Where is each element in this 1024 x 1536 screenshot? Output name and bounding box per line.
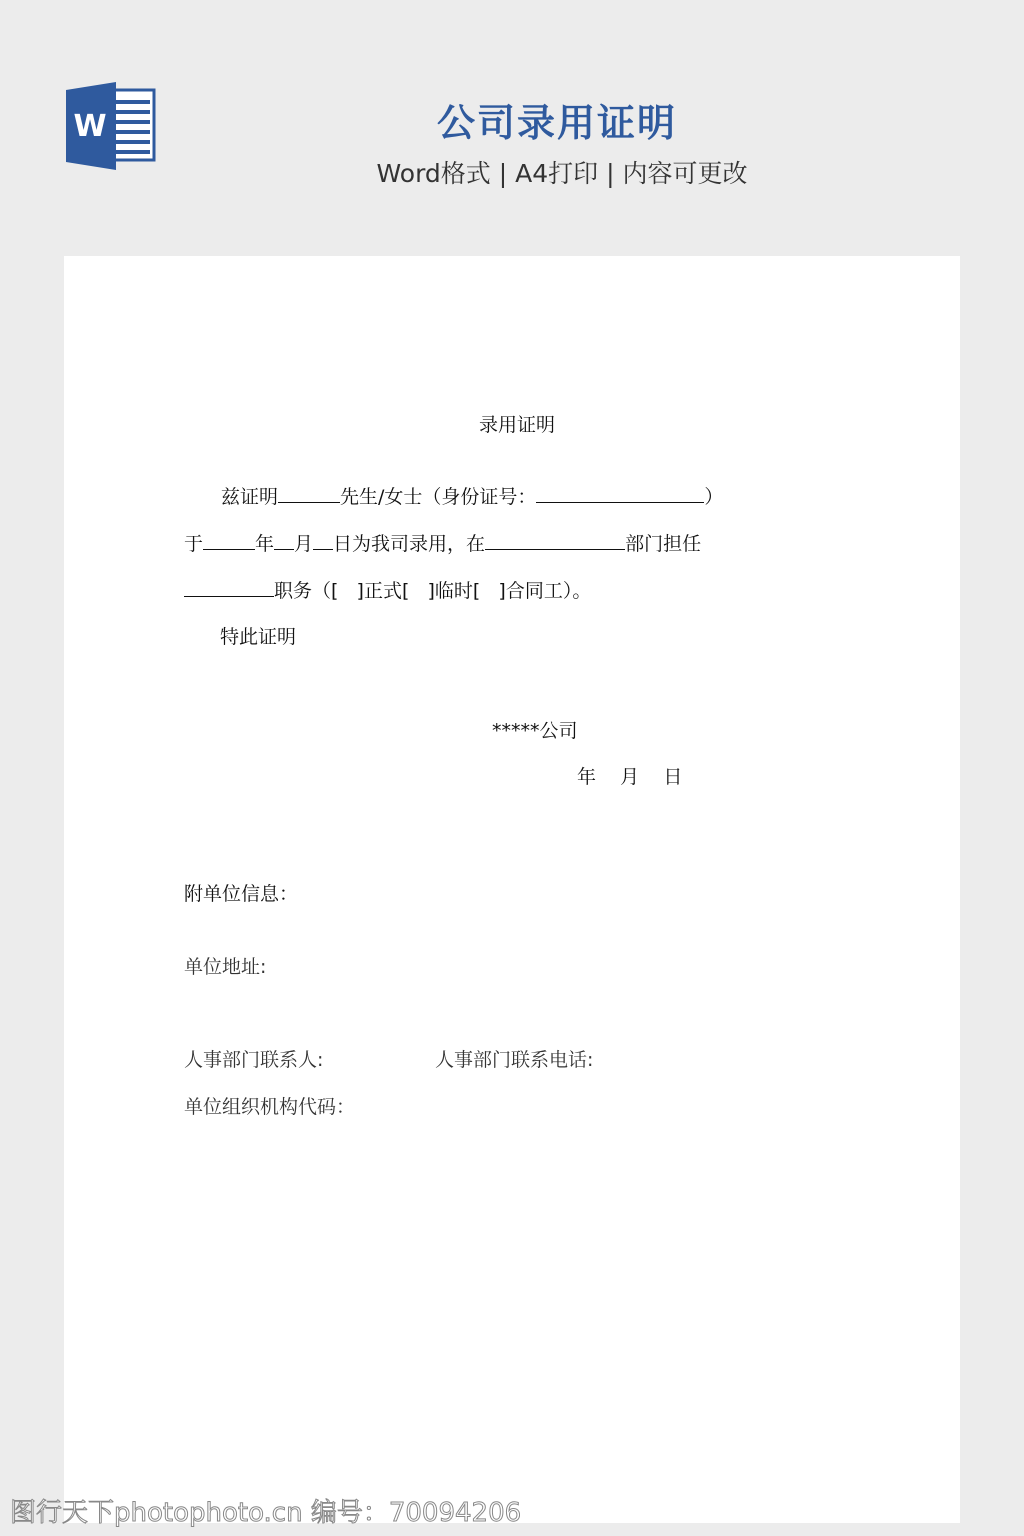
signature-date: 年 月 日 bbox=[577, 762, 682, 789]
month-label: 月 bbox=[294, 533, 313, 555]
para3-text: 职务（[ ]正式[ ]临时[ ]合同工）。 bbox=[274, 580, 591, 602]
month-blank[interactable] bbox=[274, 531, 294, 550]
page-title: 公司录用证明 bbox=[0, 92, 1024, 147]
paragraph-2: 于年月日为我司录用，在部门担任 bbox=[184, 529, 701, 556]
para1-prefix: 兹证明 bbox=[221, 486, 278, 508]
year-blank[interactable] bbox=[203, 531, 255, 550]
para2-suffix: 部门担任 bbox=[625, 533, 701, 555]
position-blank[interactable] bbox=[184, 578, 274, 597]
watermark: 图行天下photophoto.cn 编号：70094206 bbox=[10, 1492, 521, 1529]
signature-company: *****公司 bbox=[492, 716, 578, 743]
para2-mid: 日为我司录用，在 bbox=[333, 533, 485, 555]
department-blank[interactable] bbox=[485, 531, 625, 550]
address-label: 单位地址: bbox=[184, 952, 266, 979]
id-number-blank[interactable] bbox=[536, 484, 704, 503]
document-page: 录用证明 兹证明先生/女士（身份证号：） 于年月日为我司录用，在部门担任 职务（… bbox=[64, 256, 960, 1523]
closing-text: 特此证明 bbox=[220, 622, 296, 649]
year-label: 年 bbox=[255, 533, 274, 555]
hr-contact-label: 人事部门联系人: bbox=[184, 1045, 323, 1072]
document-heading: 录用证明 bbox=[479, 410, 555, 437]
page-subtitle: Word格式 | A4打印 | 内容可更改 bbox=[0, 154, 1024, 190]
para2-prefix: 于 bbox=[184, 533, 203, 555]
para1-mid: 先生/女士（身份证号： bbox=[340, 486, 536, 508]
day-blank[interactable] bbox=[313, 531, 333, 550]
hr-phone-label: 人事部门联系电话: bbox=[435, 1045, 593, 1072]
paragraph-1: 兹证明先生/女士（身份证号：） bbox=[221, 482, 723, 509]
attachment-heading: 附单位信息： bbox=[184, 879, 298, 906]
para1-suffix: ） bbox=[704, 486, 723, 508]
paragraph-3: 职务（[ ]正式[ ]临时[ ]合同工）。 bbox=[184, 576, 591, 603]
org-code-label: 单位组织机构代码： bbox=[184, 1092, 355, 1119]
name-blank[interactable] bbox=[278, 484, 340, 503]
